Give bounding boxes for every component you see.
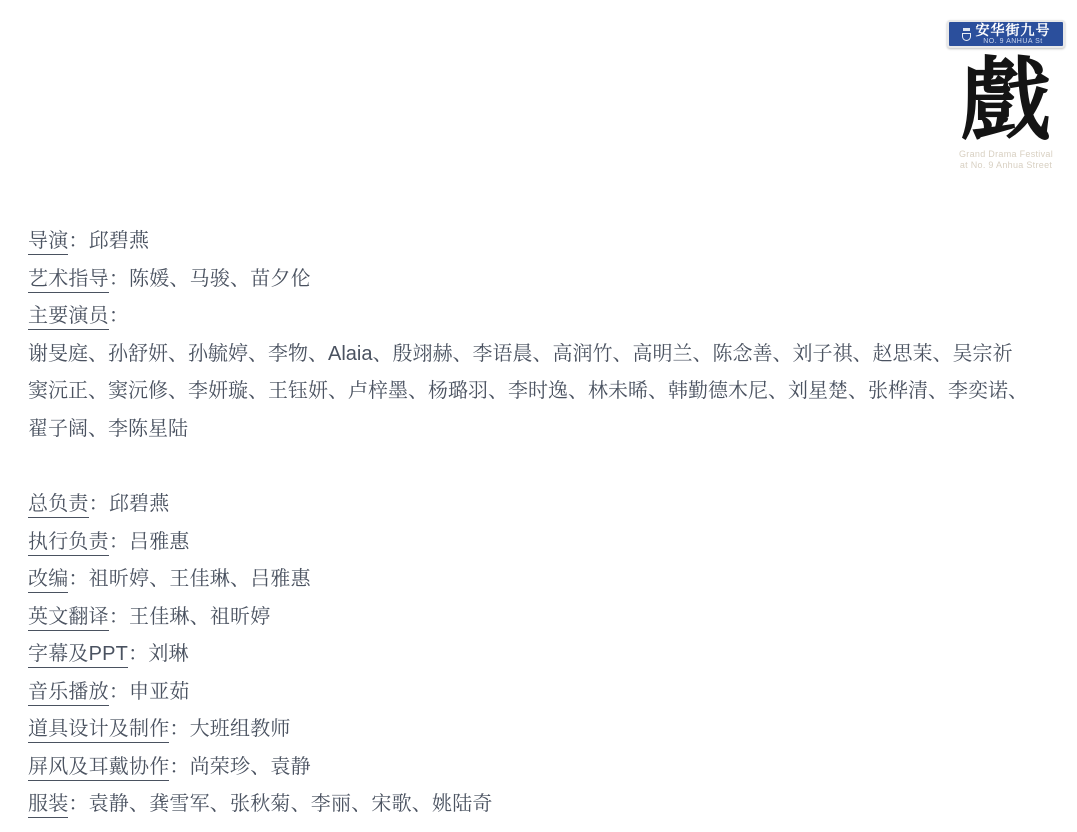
credit-value: 吕雅惠: [129, 531, 190, 553]
credit-value: 申亚茹: [129, 681, 190, 703]
credit-value: 大班组教师: [190, 718, 291, 740]
credit-value: 袁静、龚雪军、张秋菊、李丽、宋歌、姚陆奇: [89, 793, 493, 815]
festival-caption-line1: Grand Drama Festival: [947, 149, 1065, 160]
credits-page: 安华街九号 NO. 9 ANHUA St 戲 Grand Drama Festi…: [0, 0, 1077, 832]
street-sign-name: 安华街九号: [976, 23, 1051, 37]
street-sign-name-en: NO. 9 ANHUA St: [976, 38, 1051, 45]
credit-row-subtitles-ppt: 字幕及PPT：刘琳: [28, 636, 1067, 674]
credit-row-main-cast-heading: 主要演员：: [28, 298, 1067, 336]
credit-row-general-lead: 总负责：邱碧燕: [28, 486, 1067, 524]
credit-colon: ：: [109, 305, 129, 327]
credit-colon: ：: [109, 606, 129, 628]
credits-list: 导演：邱碧燕 艺术指导：陈媛、马骏、苗夕伦 主要演员： 谢旻庭、孙舒妍、孙毓婷、…: [28, 223, 1067, 824]
credit-row-director: 导演：邱碧燕: [28, 223, 1067, 261]
credit-row-english-translation: 英文翻译：王佳琳、祖昕婷: [28, 599, 1067, 637]
credit-colon: ：: [89, 493, 109, 515]
street-sign-text: 安华街九号 NO. 9 ANHUA St: [976, 23, 1051, 45]
credit-value: 邱碧燕: [89, 230, 150, 252]
credit-row-art-direction: 艺术指导：陈媛、马骏、苗夕伦: [28, 261, 1067, 299]
cast-line-2: 窦沅正、窦沅修、李妍璇、王钰妍、卢梓墨、杨璐羽、李时逸、林未晞、韩勤德木尼、刘星…: [28, 373, 1067, 411]
credit-label: 总负责: [28, 493, 89, 518]
credit-label: 音乐播放: [28, 681, 109, 706]
credit-label: 艺术指导: [28, 268, 109, 293]
credit-label: 英文翻译: [28, 606, 109, 631]
credit-label: 执行负责: [28, 531, 109, 556]
credit-colon: ：: [109, 681, 129, 703]
festival-logo: 安华街九号 NO. 9 ANHUA St 戲 Grand Drama Festi…: [947, 20, 1065, 171]
credit-value: 刘琳: [148, 643, 188, 665]
credit-colon: ：: [128, 643, 148, 665]
street-sign-plate: 安华街九号 NO. 9 ANHUA St: [947, 20, 1065, 48]
street-sign-emblem-icon: [962, 28, 971, 41]
credit-label: 改编: [28, 568, 68, 593]
credit-value: 祖昕婷、王佳琳、吕雅惠: [89, 568, 311, 590]
credit-row-adaptation: 改编：祖昕婷、王佳琳、吕雅惠: [28, 561, 1067, 599]
cast-line-1: 谢旻庭、孙舒妍、孙毓婷、李物、Alaia、殷翊赫、李语晨、高润竹、高明兰、陈念善…: [28, 336, 1067, 374]
credit-label: 主要演员: [28, 305, 109, 330]
credit-colon: ：: [109, 268, 129, 290]
credit-row-music-playback: 音乐播放：申亚茹: [28, 674, 1067, 712]
credit-value: 邱碧燕: [109, 493, 170, 515]
credit-label: 服装: [28, 793, 68, 818]
credit-label: 导演: [28, 230, 68, 255]
credit-colon: ：: [109, 531, 129, 553]
credit-row-executive-lead: 执行负责：吕雅惠: [28, 524, 1067, 562]
credit-colon: ：: [169, 756, 189, 778]
credit-label: 屏风及耳戴协作: [28, 756, 169, 781]
credit-colon: ：: [68, 793, 88, 815]
credit-value: 尚荣珍、袁静: [190, 756, 311, 778]
festival-caption-line2: at No. 9 Anhua Street: [947, 160, 1065, 171]
credit-row-costumes: 服装：袁静、龚雪军、张秋菊、李丽、宋歌、姚陆奇: [28, 786, 1067, 824]
credit-value: 陈媛、马骏、苗夕伦: [129, 268, 311, 290]
credit-colon: ：: [68, 230, 88, 252]
credit-row-screen-headwear: 屏风及耳戴协作：尚荣珍、袁静: [28, 749, 1067, 787]
credit-value: 王佳琳、祖昕婷: [129, 606, 270, 628]
credit-label: 道具设计及制作: [28, 718, 169, 743]
festival-caption: Grand Drama Festival at No. 9 Anhua Stre…: [947, 149, 1065, 171]
credit-colon: ：: [169, 718, 189, 740]
section-gap: [28, 448, 1067, 486]
cast-line-3: 翟子阔、李陈星陆: [28, 411, 1067, 449]
credit-label: 字幕及PPT: [28, 643, 128, 668]
credit-colon: ：: [68, 568, 88, 590]
credit-row-props: 道具设计及制作：大班组教师: [28, 711, 1067, 749]
drama-calligraphy-glyph: 戲: [947, 56, 1065, 146]
